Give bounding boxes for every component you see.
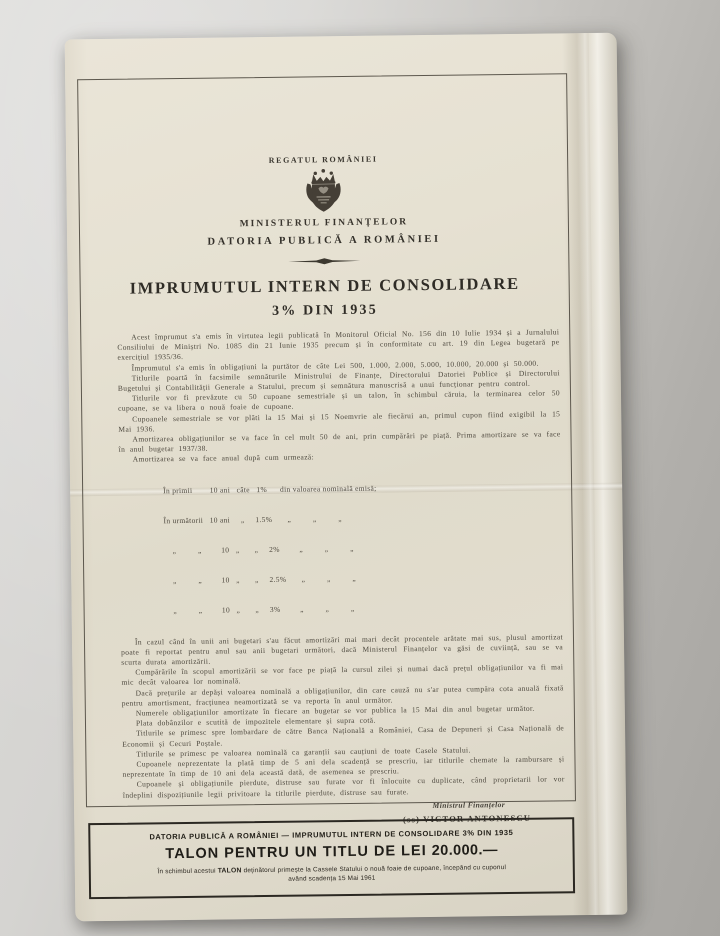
coat-of-arms-icon [303,168,344,214]
ornament-divider-icon [286,257,362,266]
talon-title-line: TALON PENTRU UN TITLU DE LEI 20.000.— [91,841,573,863]
ornament-divider-container [80,249,568,263]
document-body-text: Acest împrumut s'a emis în virtutea legi… [117,327,565,800]
document-main-frame: REGATUL ROMÂNIEI [77,73,576,807]
amortization-schedule: În primii 10 ani câte 1% din valoarea no… [163,461,563,636]
schedule-row: În primii 10 ani câte 1% din valoarea no… [163,481,561,496]
schedule-row: „ „ 10 „ „ 2.5% „ „ „ [164,571,562,586]
bond-document-paper: REGATUL ROMÂNIEI [65,33,628,922]
talon-title-prefix: TALON PENTRU UN TITLU DE LEI [165,843,427,862]
talon-note-bold: TALON [218,867,242,874]
talon-note-before: În schimbul acestui [158,868,216,876]
talon-header-line: DATORIA PUBLICĂ A ROMÂNIEI — IMPRUMUTUL … [90,827,572,842]
talon-section: DATORIA PUBLICĂ A ROMÂNIEI — IMPRUMUTUL … [88,817,575,899]
document-title: IMPRUMUTUL INTERN DE CONSOLIDARE [81,273,569,299]
talon-amount: 20.000.— [432,842,498,859]
coat-of-arms-container [79,165,568,217]
paragraph: Cupoanele și obligațiunile pierdute, dis… [123,775,565,801]
document-subtitle: 3% DIN 1935 [81,300,569,322]
schedule-row: În următorii 10 ani „ 1.5% „ „ „ [163,511,561,526]
schedule-row: „ „ 10 „ „ 3% „ „ „ [165,601,563,616]
signature-role: Ministrul Finanțelor [87,800,531,814]
ministry-heading: MINISTERUL FINANȚELOR [80,215,568,231]
kingdom-heading: REGATUL ROMÂNIEI [79,152,567,167]
department-heading: DATORIA PUBLICĂ A ROMÂNIEI [80,232,568,249]
schedule-row: „ „ 10 „ „ 2% „ „ „ [164,541,562,556]
